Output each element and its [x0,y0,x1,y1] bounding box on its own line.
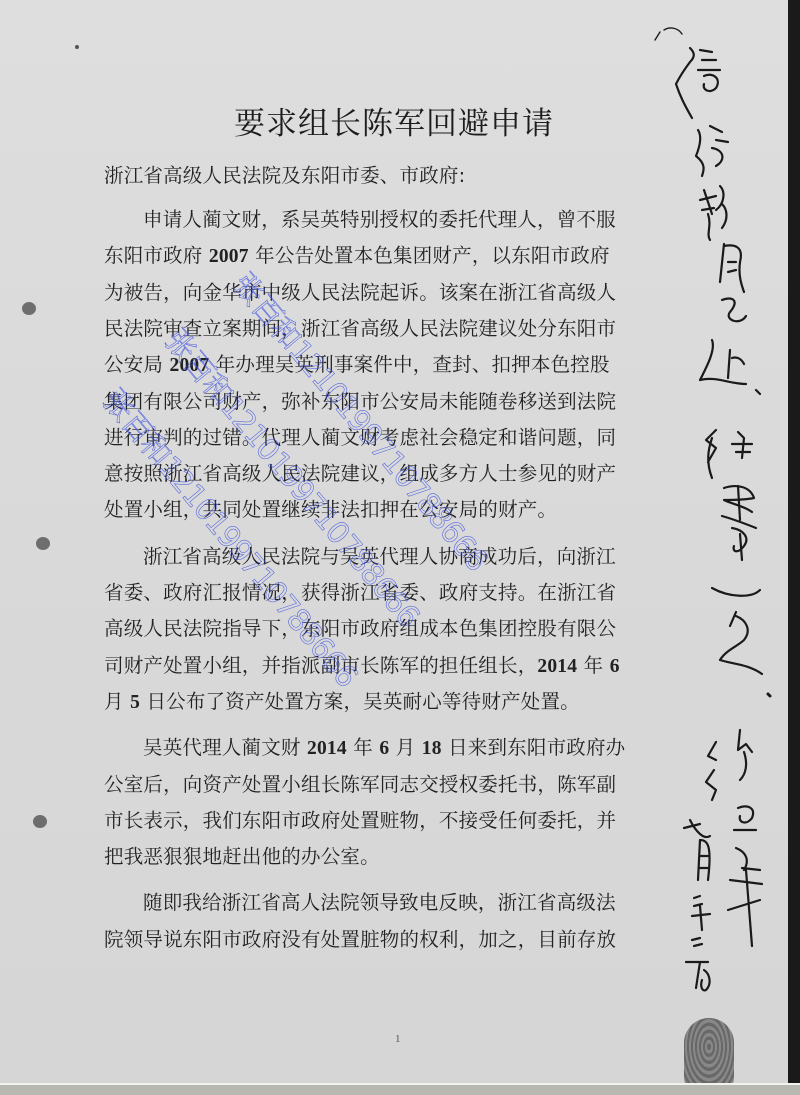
scan-border-right [788,0,800,1095]
handwritten-annotation [0,0,788,1085]
scan-border-bottom [0,1083,800,1095]
scanned-page: 要求组长陈军回避申请 浙江省高级人民法院及东阳市委、市政府: 申请人蔺文财，系吴… [0,0,788,1085]
